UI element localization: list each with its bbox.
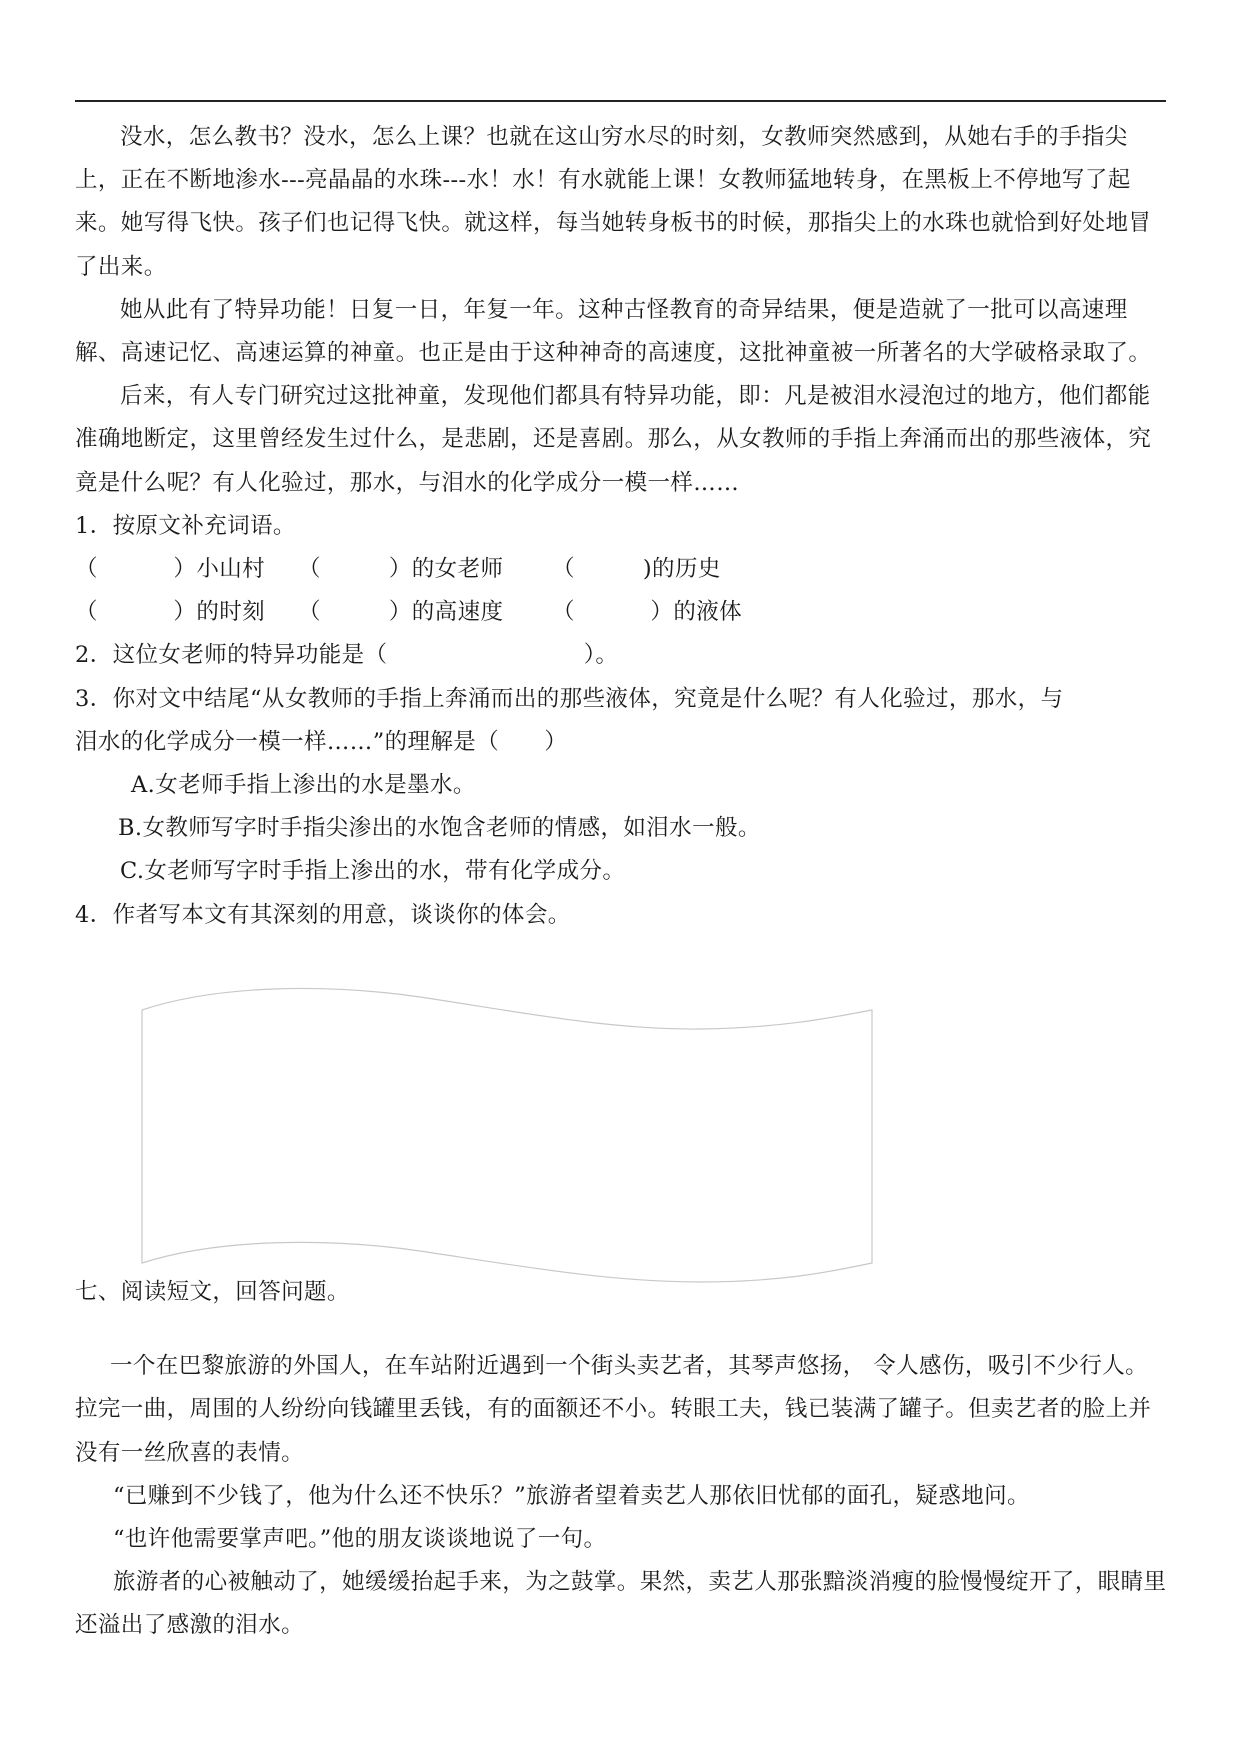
fill-blank-xiaoshancun[interactable]: （ ）小山村 <box>75 548 298 591</box>
question-3-option-b[interactable]: B.女教师写字时手指尖渗出的水饱含老师的情感，如泪水一般。 <box>75 807 1167 850</box>
section-7-paragraph-1: 一个在巴黎旅游的外国人，在车站附近遇到一个街头卖艺者，其琴声悠扬， 令人感伤，吸… <box>75 1345 1167 1475</box>
passage-and-questions: 没水，怎么教书？没水，怎么上课？也就在这山穷水尽的时刻，女教师突然感到，从她右手… <box>75 116 1167 937</box>
passage-paragraph-2: 她从此有了特异功能！日复一日，年复一年。这种古怪教育的奇异结果，便是造就了一批可… <box>75 289 1167 375</box>
question-3-prompt-line-1: 3．你对文中结尾“从女教师的手指上奔涌而出的那些液体，究竟是什么呢？有人化验过，… <box>75 678 1167 721</box>
passage-paragraph-1: 没水，怎么教书？没水，怎么上课？也就在这山穷水尽的时刻，女教师突然感到，从她右手… <box>75 116 1167 289</box>
section-7-paragraph-2: “已赚到不少钱了，他为什么还不快乐？”旅游者望着卖艺人那依旧忧郁的面孔，疑惑地问… <box>75 1475 1167 1518</box>
section-7-paragraph-4: 旅游者的心被触动了，她缓缓抬起手来，为之鼓掌。果然，卖艺人那张黯淡消瘦的脸慢慢绽… <box>75 1561 1167 1647</box>
question-4-prompt: 4．作者写本文有其深刻的用意，谈谈你的体会。 <box>75 894 1167 937</box>
fill-blank-yeti[interactable]: （ ）的液体 <box>552 591 742 634</box>
fill-blank-nvlaoshi[interactable]: （ ）的女老师 <box>298 548 552 591</box>
question-3-option-a[interactable]: A.女老师手指上渗出的水是墨水。 <box>75 764 1167 807</box>
question-1-row-2: （ ）的时刻 （ ）的高速度 （ ）的液体 <box>75 591 1167 634</box>
question-1-prompt: 1．按原文补充词语。 <box>75 505 1167 548</box>
fill-blank-shike[interactable]: （ ）的时刻 <box>75 591 298 634</box>
fill-blank-lishi[interactable]: （ )的历史 <box>552 548 721 591</box>
fill-blank-gaosudu[interactable]: （ ）的高速度 <box>298 591 552 634</box>
question-1-row-1: （ ）小山村 （ ）的女老师 （ )的历史 <box>75 548 1167 591</box>
section-7-paragraph-3: “也许他需要掌声吧。”他的朋友谈谈地说了一句。 <box>75 1518 1167 1561</box>
question-3-prompt-line-2[interactable]: 泪水的化学成分一模一样……”的理解是（ ） <box>75 721 1167 764</box>
question-2-prompt[interactable]: 2．这位女老师的特异功能是（ ）。 <box>75 634 1167 677</box>
question-3-option-c[interactable]: C.女老师写字时手指上渗出的水，带有化学成分。 <box>75 850 1167 893</box>
section-7: 七、阅读短文，回答问题。 一个在巴黎旅游的外国人，在车站附近遇到一个街头卖艺者，… <box>75 1271 1167 1648</box>
wave-banner-shape <box>142 988 872 1282</box>
passage-paragraph-3: 后来，有人专门研究过这批神童，发现他们都具有特异功能，即：凡是被泪水浸泡过的地方… <box>75 375 1167 505</box>
header-rule <box>75 100 1166 102</box>
section-7-heading: 七、阅读短文，回答问题。 <box>75 1271 1167 1314</box>
